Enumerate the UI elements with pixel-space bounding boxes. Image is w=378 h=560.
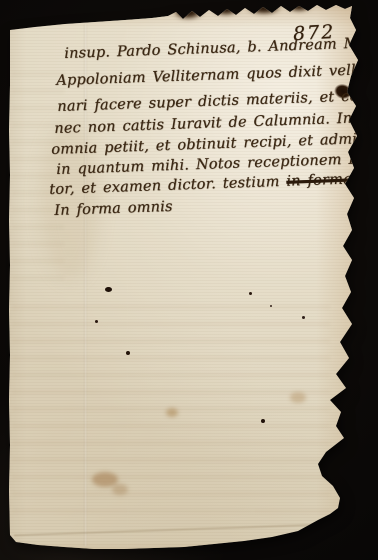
struck-text: in forma (286, 171, 352, 189)
manuscript-line: insup. Pardo Schinusa, b. Andream Morell… (64, 33, 378, 62)
line-text: In forma omnis (54, 199, 173, 219)
manuscript-line: In forma omnis (54, 199, 173, 219)
manuscript-text: 872 insup. Pardo Schinusa, b. Andream Mo… (0, 0, 378, 560)
line-text: tor, et examen dictor. testium (49, 174, 287, 198)
photo-background: 872 insup. Pardo Schinusa, b. Andream Mo… (0, 0, 378, 560)
manuscript-page: 872 insup. Pardo Schinusa, b. Andream Mo… (0, 0, 378, 560)
line-text: insup. Pardo Schinusa, b. Andream Morell… (64, 33, 378, 62)
line-text: Appoloniam Velliternam quos dixit velle … (56, 60, 378, 89)
manuscript-photo: 872 insup. Pardo Schinusa, b. Andream Mo… (0, 0, 378, 560)
line-text: Comitt: (352, 169, 378, 187)
manuscript-line: Appoloniam Velliternam quos dixit velle … (56, 60, 378, 89)
